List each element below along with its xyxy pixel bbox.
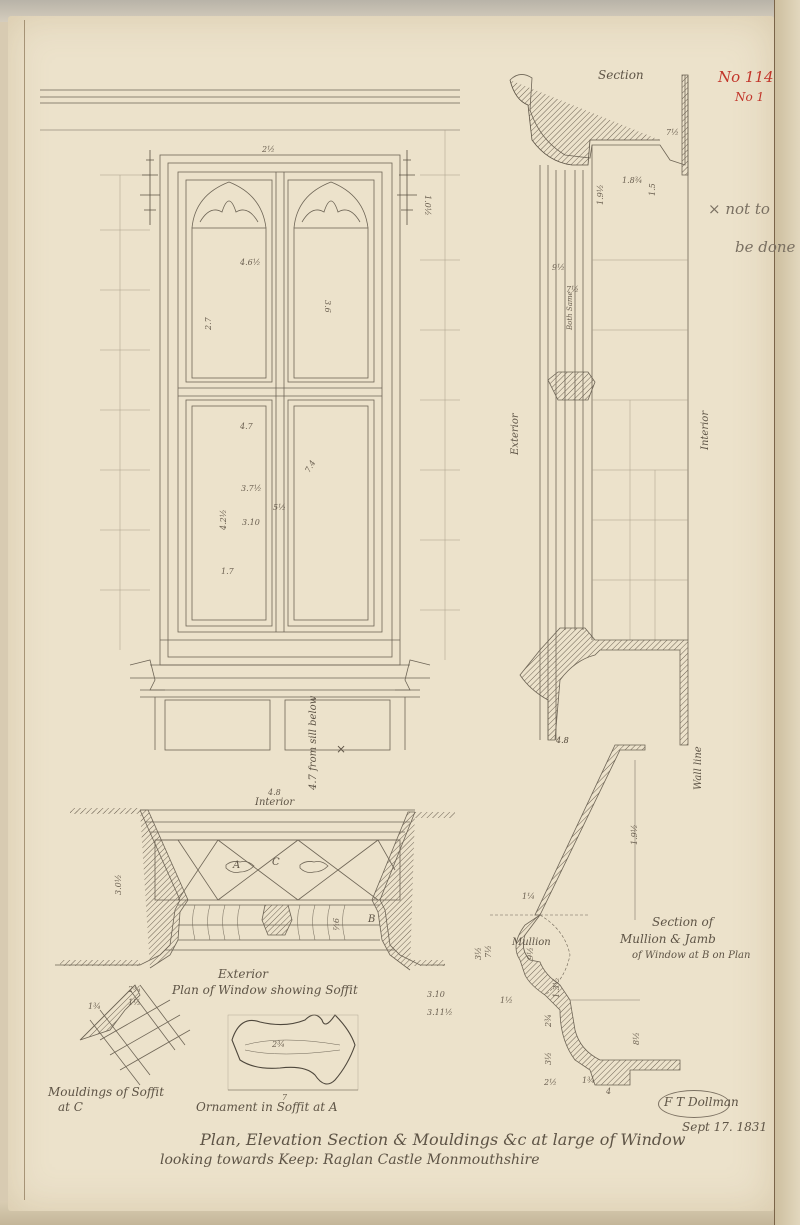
dim-lower-inner: 3.10 [242,518,260,527]
dim-mullion-low-a: 2¾ [544,1014,553,1027]
section-exterior-label: Exterior [510,413,521,455]
dim-plan-top-width: 4.8 [268,788,281,797]
section-label: Section [598,68,644,82]
dim-lower-left-height: 4.2½ [219,510,228,530]
dim-section-c: 1.5 [648,183,657,196]
mouldings-caption-2: at C [58,1100,83,1114]
dim-moulding-a: 1¾ [88,1002,101,1011]
signature: F T Dollman [664,1095,739,1109]
dim-head-width: 4.6½ [240,258,260,267]
dim-mullion-low-b: 3½ [544,1052,553,1065]
dim-mid-width: 3.7½ [241,484,261,493]
dim-section-d: 9½ [552,263,565,272]
mouldings-caption-1: Mouldings of Soffit [48,1085,164,1099]
dim-mullion-small-top: 1¼ [522,892,535,901]
dim-bottom: 1.7 [221,567,234,576]
mullion-caption-3: of Window at B on Plan [632,950,750,961]
dim-plan-left-depth: 3.0½ [114,875,123,895]
mullion-caption-2: Mullion & Jamb [620,932,716,946]
title-line-2: looking towards Keep: Raglan Castle Monm… [160,1152,540,1168]
date: Sept 17. 1831 [682,1120,767,1134]
dim-ornament-a: 2¾ [272,1040,285,1049]
plan-letter-a: A [233,860,240,871]
plan-title: Plan of Window showing Soffit [172,983,358,997]
dim-section-a: 1.8¾ [622,176,642,185]
mullion-caption-1: Section of [652,915,713,929]
margin-note-line-1: × not to [708,200,770,218]
elevation-marker: × [336,742,346,756]
dim-section-f: Both Same [566,291,574,330]
dim-section-b: 1.9½ [596,185,605,205]
dim-plan-extra-2: 3.11½ [427,1008,453,1017]
title-line-1: Plan, Elevation Section & Mouldings &c a… [200,1130,685,1149]
plan-letter-b: B [368,914,375,925]
dim-right-light-height: 3.6 [323,300,332,313]
catalogue-number: No 114 [718,68,774,86]
dim-moulding-b: 2¾ [128,985,141,994]
wall-line-label: Wall line [693,746,704,790]
dim-mullion-base-a: 2½ [544,1078,557,1087]
dim-mullion-right-low: 8½ [632,1032,641,1045]
dim-mullion-base-b: 4 [606,1087,611,1096]
dim-mullion-width: 9½ [526,947,535,960]
dim-plan-extra-1: 3.10 [427,990,445,999]
dim-plan-side: 9½ [331,918,340,931]
plan-exterior-label: Exterior [218,967,268,981]
architectural-drawing [0,0,800,1225]
dim-right-upper: 1.0½ [423,195,432,215]
dim-top-centre: 2½ [262,145,275,154]
dim-mullion-left-a: 3½ [474,947,483,960]
sill-note: 4.7 from sill below [308,696,319,790]
dim-lower-width: 4.7 [240,422,253,431]
dim-mullion-base-c: 1¾ [582,1076,595,1085]
dim-mullion-top: 4.8 [556,736,569,745]
dim-mullion-mid: 1.3½ [552,978,561,998]
plan-letter-c: C [272,857,280,868]
dim-moulding-c: 1½ [128,998,141,1007]
margin-note-line-2: be done [735,238,795,256]
dim-mullion-low-left: 1½ [500,996,513,1005]
dim-mullion-left-b: 7½ [484,945,493,958]
dim-mullion: 5½ [273,503,286,512]
ornament-caption: Ornament in Soffit at A [196,1100,338,1114]
dim-left-light-height: 2.7 [204,317,213,330]
dim-mullion-vertical: 1.9½ [630,825,639,845]
sheet-number: No 1 [735,90,764,104]
section-interior-label: Interior [700,411,711,450]
plan-interior-label: Interior [255,797,294,808]
dim-section-top-right: 7½ [666,128,679,137]
